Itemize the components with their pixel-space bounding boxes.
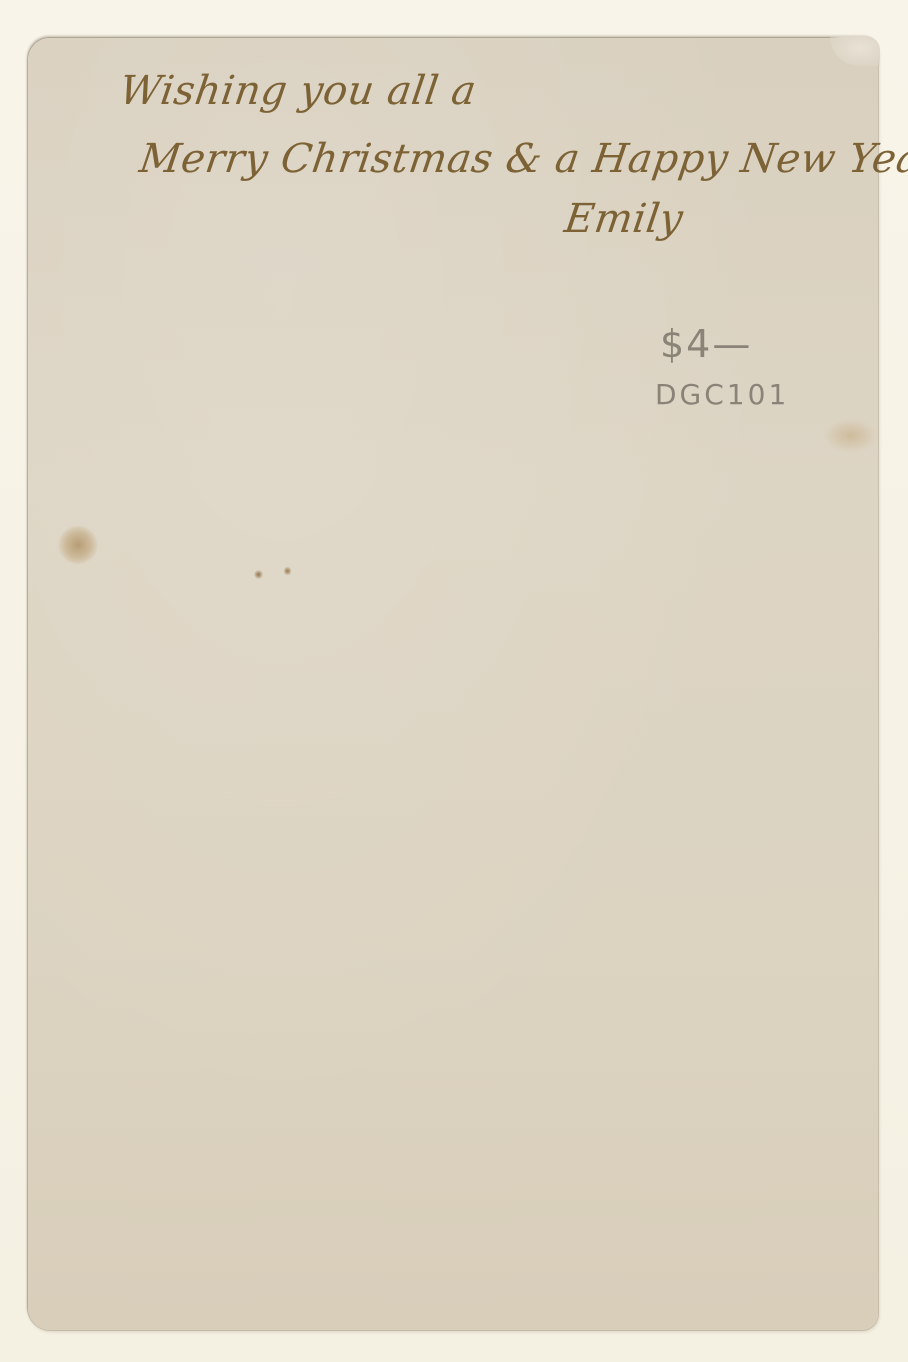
pencil-inventory-code: DGC101	[655, 378, 789, 411]
inscription-line-1: Wishing you all a	[117, 68, 479, 114]
foxing-stain	[823, 418, 878, 453]
foxing-spot	[284, 566, 291, 576]
cabinet-card-back	[28, 38, 878, 1330]
corner-wear	[830, 36, 880, 66]
pencil-price: $4—	[660, 322, 752, 366]
signature: Emily	[562, 196, 686, 242]
foxing-spot	[254, 570, 263, 579]
inscription-line-2: Merry Christmas & a Happy New Year	[137, 136, 908, 182]
foxing-stain	[58, 526, 98, 564]
